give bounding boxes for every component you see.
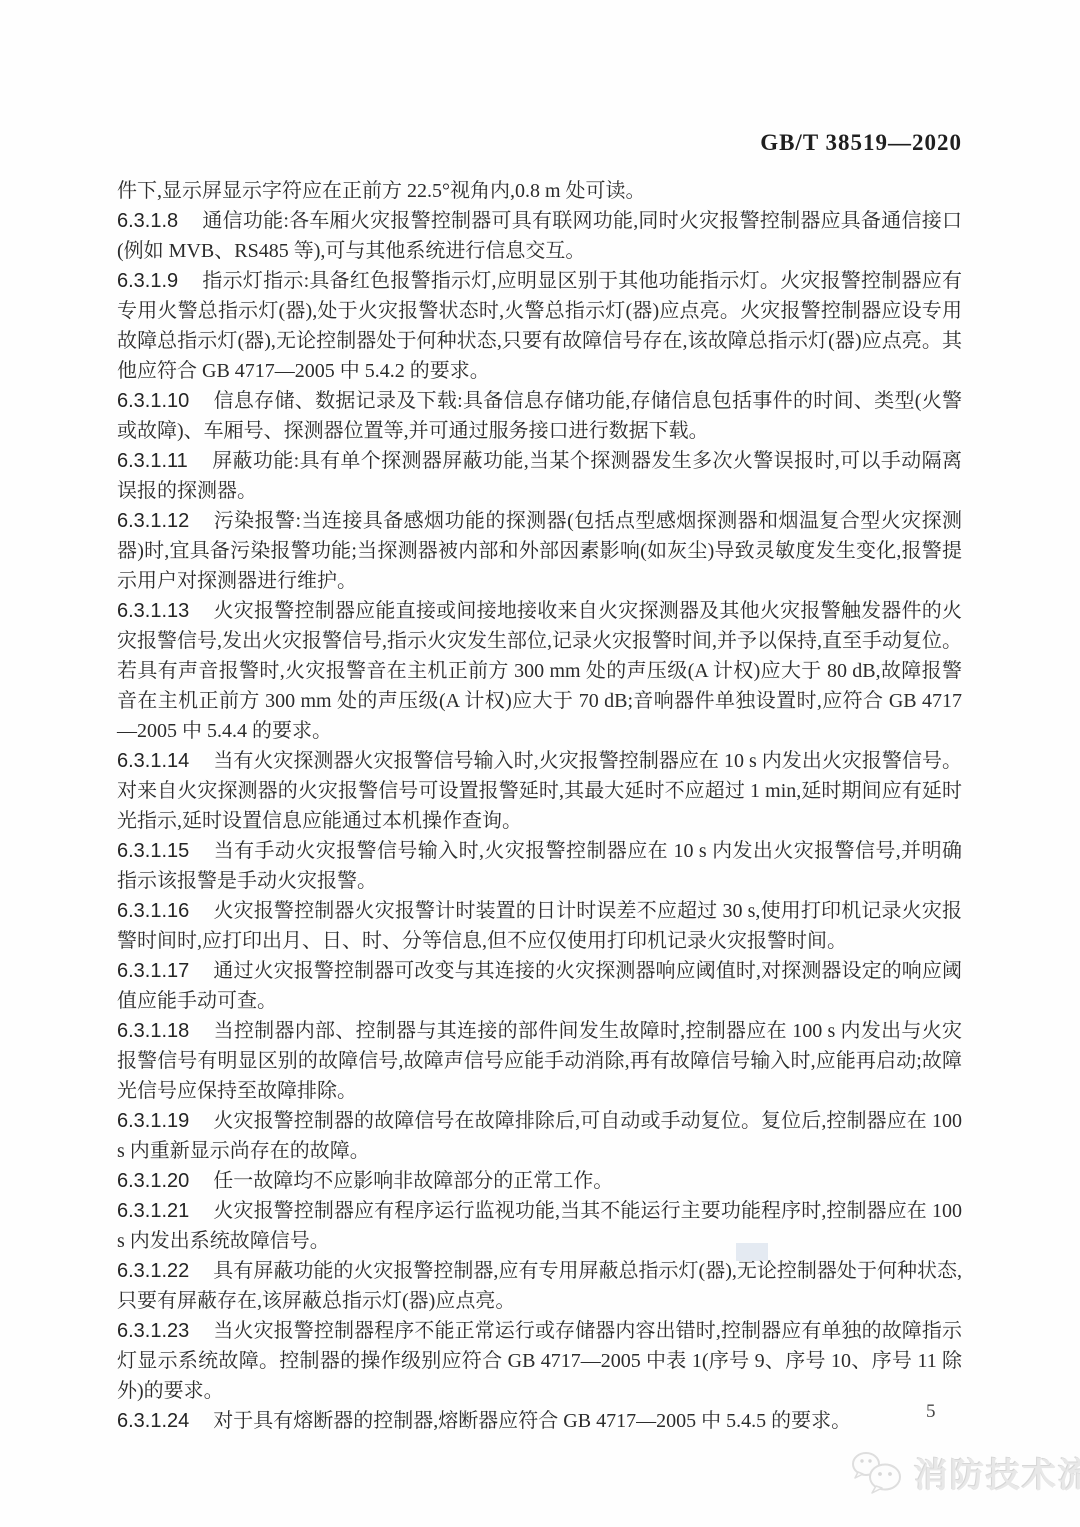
clause-paragraph: 6.3.1.14当有火灾探测器火灾报警信号输入时,火灾报警控制器应在 10 s … [117,746,962,836]
clause-text: 对于具有熔断器的控制器,熔断器应符合 GB 4717—2005 中 5.4.5 … [213,1410,851,1432]
clause-paragraph: 6.3.1.21火灾报警控制器应有程序运行监视功能,当其不能运行主要功能程序时,… [117,1196,962,1256]
clause-number: 6.3.1.10 [117,390,189,412]
clause-text: 通信功能:各车厢火灾报警控制器可具有联网功能,同时火灾报警控制器应具备通信接口(… [117,210,962,262]
clause-number: 6.3.1.21 [117,1200,189,1222]
clause-text: 当有火灾探测器火灾报警信号输入时,火灾报警控制器应在 10 s 内发出火灾报警信… [117,750,962,832]
clause-paragraph: 6.3.1.22具有屏蔽功能的火灾报警控制器,应有专用屏蔽总指示灯(器),无论控… [117,1256,962,1316]
clause-text: 当控制器内部、控制器与其连接的部件间发生故障时,控制器应在 100 s 内发出与… [117,1020,962,1102]
watermark-text: 消防技术流 [914,1448,1080,1497]
clause-text: 火灾报警控制器应有程序运行监视功能,当其不能运行主要功能程序时,控制器应在 10… [117,1200,962,1252]
clause-text: 件下,显示屏显示字符应在正前方 22.5°视角内,0.8 m 处可读。 [117,180,646,202]
clause-number: 6.3.1.11 [117,450,188,472]
clause-text: 具有屏蔽功能的火灾报警控制器,应有专用屏蔽总指示灯(器),无论控制器处于何种状态… [117,1260,962,1312]
clause-number: 6.3.1.23 [117,1320,189,1342]
clause-number: 6.3.1.15 [117,840,189,862]
clause-paragraph: 6.3.1.11屏蔽功能:具有单个探测器屏蔽功能,当某个探测器发生多次火警误报时… [117,446,962,506]
clause-number: 6.3.1.14 [117,750,189,772]
clause-paragraph: 6.3.1.9指示灯指示:具备红色报警指示灯,应明显区别于其他功能指示灯。火灾报… [117,266,962,386]
clause-paragraph: 6.3.1.20任一故障均不应影响非故障部分的正常工作。 [117,1166,962,1196]
clause-number: 6.3.1.24 [117,1410,189,1432]
document-body: 件下,显示屏显示字符应在正前方 22.5°视角内,0.8 m 处可读。 6.3.… [117,176,962,1436]
clause-number: 6.3.1.22 [117,1260,189,1282]
clause-paragraph: 6.3.1.19火灾报警控制器的故障信号在故障排除后,可自动或手动复位。复位后,… [117,1106,962,1166]
clause-number: 6.3.1.12 [117,510,189,532]
clause-text: 通过火灾报警控制器可改变与其连接的火灾探测器响应阈值时,对探测器设定的响应阈值应… [117,960,962,1012]
clause-number: 6.3.1.8 [117,210,178,232]
clause-paragraph: 6.3.1.16火灾报警控制器火灾报警计时装置的日计时误差不应超过 30 s,使… [117,896,962,956]
clause-paragraph: 6.3.1.18当控制器内部、控制器与其连接的部件间发生故障时,控制器应在 10… [117,1016,962,1106]
clause-number: 6.3.1.19 [117,1110,189,1132]
clause-text: 当有手动火灾报警信号输入时,火灾报警控制器应在 10 s 内发出火灾报警信号,并… [117,840,962,892]
clause-text: 任一故障均不应影响非故障部分的正常工作。 [213,1170,613,1192]
standard-number-header: GB/T 38519—2020 [760,130,962,156]
clause-text: 指示灯指示:具备红色报警指示灯,应明显区别于其他功能指示灯。火灾报警控制器应有专… [117,270,962,382]
clause-paragraph: 6.3.1.13火灾报警控制器应能直接或间接地接收来自火灾探测器及其他火灾报警触… [117,596,962,746]
clause-number: 6.3.1.9 [117,270,178,292]
clause-number: 6.3.1.20 [117,1170,189,1192]
clause-paragraph: 6.3.1.15当有手动火灾报警信号输入时,火灾报警控制器应在 10 s 内发出… [117,836,962,896]
clause-text: 火灾报警控制器的故障信号在故障排除后,可自动或手动复位。复位后,控制器应在 10… [117,1110,962,1162]
clause-number: 6.3.1.16 [117,900,189,922]
document-page: GB/T 38519—2020 件下,显示屏显示字符应在正前方 22.5°视角内… [0,0,1080,1527]
clause-text: 信息存储、数据记录及下载:具备信息存储功能,存储信息包括事件的时间、类型(火警或… [117,390,962,442]
page-number: 5 [926,1401,936,1423]
clause-number: 6.3.1.18 [117,1020,189,1042]
clause-text: 火灾报警控制器火灾报警计时装置的日计时误差不应超过 30 s,使用打印机记录火灾… [117,900,962,952]
continuation-paragraph: 件下,显示屏显示字符应在正前方 22.5°视角内,0.8 m 处可读。 [117,176,962,206]
clause-text: 当火灾报警控制器程序不能正常运行或存储器内容出错时,控制器应有单独的故障指示灯显… [117,1320,962,1402]
clause-paragraph: 6.3.1.17通过火灾报警控制器可改变与其连接的火灾探测器响应阈值时,对探测器… [117,956,962,1016]
clause-paragraph: 6.3.1.10信息存储、数据记录及下载:具备信息存储功能,存储信息包括事件的时… [117,386,962,446]
wechat-bubbles-icon [850,1449,906,1497]
watermark: 消防技术流 [850,1448,1080,1497]
clause-number: 6.3.1.13 [117,600,189,622]
clause-paragraph: 6.3.1.24对于具有熔断器的控制器,熔断器应符合 GB 4717—2005 … [117,1406,962,1436]
clause-number: 6.3.1.17 [117,960,189,982]
clause-text: 屏蔽功能:具有单个探测器屏蔽功能,当某个探测器发生多次火警误报时,可以手动隔离误… [117,450,962,502]
clause-paragraph: 6.3.1.8通信功能:各车厢火灾报警控制器可具有联网功能,同时火灾报警控制器应… [117,206,962,266]
clause-paragraph: 6.3.1.12污染报警:当连接具备感烟功能的探测器(包括点型感烟探测器和烟温复… [117,506,962,596]
clause-paragraph: 6.3.1.23当火灾报警控制器程序不能正常运行或存储器内容出错时,控制器应有单… [117,1316,962,1406]
clause-text: 污染报警:当连接具备感烟功能的探测器(包括点型感烟探测器和烟温复合型火灾探测器)… [117,510,962,592]
clause-text: 火灾报警控制器应能直接或间接地接收来自火灾探测器及其他火灾报警触发器件的火灾报警… [117,600,962,742]
